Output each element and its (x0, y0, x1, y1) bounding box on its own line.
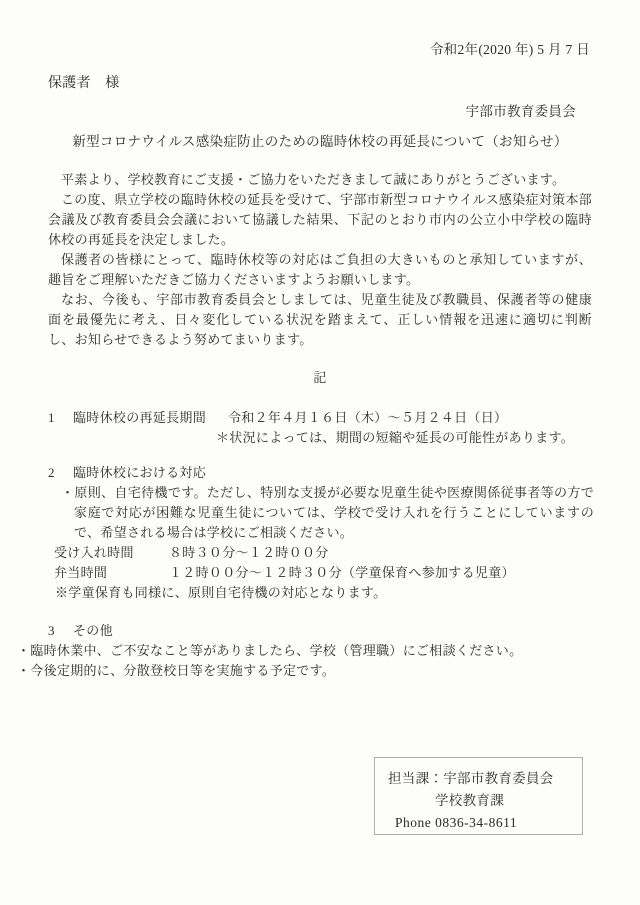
section-1-row: 1 臨時休校の再延長期間 令和２年４月１６日（木）～５月２４日（日） (48, 408, 594, 428)
body-paragraph-3: 保護者の皆様にとって、臨時休校等の対応はご負担の大きいものと承知していますが、趣… (48, 250, 592, 290)
section-1-period: 令和２年４月１６日（木）～５月２４日（日） (228, 408, 507, 428)
body-text: 平素より、学校教育にご支援・ご協力をいただきまして誠にありがとうございます。 こ… (48, 170, 592, 350)
body-paragraph-2: この度、県立学校の臨時休校の延長を受けて、宇部市新型コロナウイルス感染症対策本部… (48, 190, 592, 250)
schedule-value-lunch: １２時００分～１２時３０分（学童保育へ参加する児童） (169, 563, 515, 583)
section-3-bullet-2: ・今後定期的に、分散登校日等を実施する予定です。 (17, 661, 594, 681)
section-1-note: ＊状況によっては、期間の短縮や延長の可能性があります。 (48, 428, 594, 448)
section-1-heading: 臨時休校の再延長期間 (73, 408, 228, 428)
contact-phone: Phone 0836-34-8611 (395, 812, 582, 834)
document-sheet: 令和2年(2020 年) 5 月 7 日 保護者 様 宇部市教育委員会 新型コロ… (0, 0, 640, 905)
section-3-heading: その他 (73, 621, 113, 641)
section-2-bullet: ・原則、自宅待機です。ただし、特別な支援が必要な児童生徒や医療関係従事者等の方で… (48, 483, 594, 543)
sender-organization: 宇部市教育委員会 (0, 102, 576, 122)
section-2-heading: 臨時休校における対応 (73, 463, 206, 483)
addressee: 保護者 様 (48, 74, 640, 94)
schedule-row-reception: 受け入れ時間 ８時３０分～１２時００分 (54, 543, 594, 563)
schedule-label-lunch: 弁当時間 (54, 563, 169, 583)
section-3-bullet-1: ・臨時休業中、ご不安なこと等がありましたら、学校（管理職）にご相談ください。 (17, 641, 594, 661)
ki-marker: 記 (0, 368, 640, 388)
body-paragraph-4: なお、今後も、宇部市教育委員会としましては、児童生徒及び教職員、保護者等の健康面… (48, 290, 592, 350)
section-2-number: 2 (48, 463, 73, 483)
schedule-value-reception: ８時３０分～１２時００分 (169, 543, 329, 563)
contact-department: 担当課：宇部市教育委員会 (388, 768, 582, 790)
contact-division: 学校教育課 (435, 790, 582, 812)
section-2-note: ※学童保育も同様に、原則自宅待機の対応となります。 (55, 583, 594, 603)
section-3-heading-row: 3 その他 (48, 621, 594, 641)
contact-box: 担当課：宇部市教育委員会 学校教育課 Phone 0836-34-8611 (374, 757, 583, 835)
section-2-heading-row: 2 臨時休校における対応 (48, 463, 594, 483)
document-title: 新型コロナウイルス感染症防止のための臨時休校の再延長について（お知らせ） (0, 132, 640, 152)
section-3-number: 3 (48, 621, 73, 641)
date-line: 令和2年(2020 年) 5 月 7 日 (0, 0, 590, 60)
schedule-row-lunch: 弁当時間 １２時００分～１２時３０分（学童保育へ参加する児童） (54, 563, 594, 583)
section-1-number: 1 (48, 408, 73, 428)
schedule-label-reception: 受け入れ時間 (54, 543, 169, 563)
body-paragraph-1: 平素より、学校教育にご支援・ご協力をいただきまして誠にありがとうございます。 (48, 170, 592, 190)
